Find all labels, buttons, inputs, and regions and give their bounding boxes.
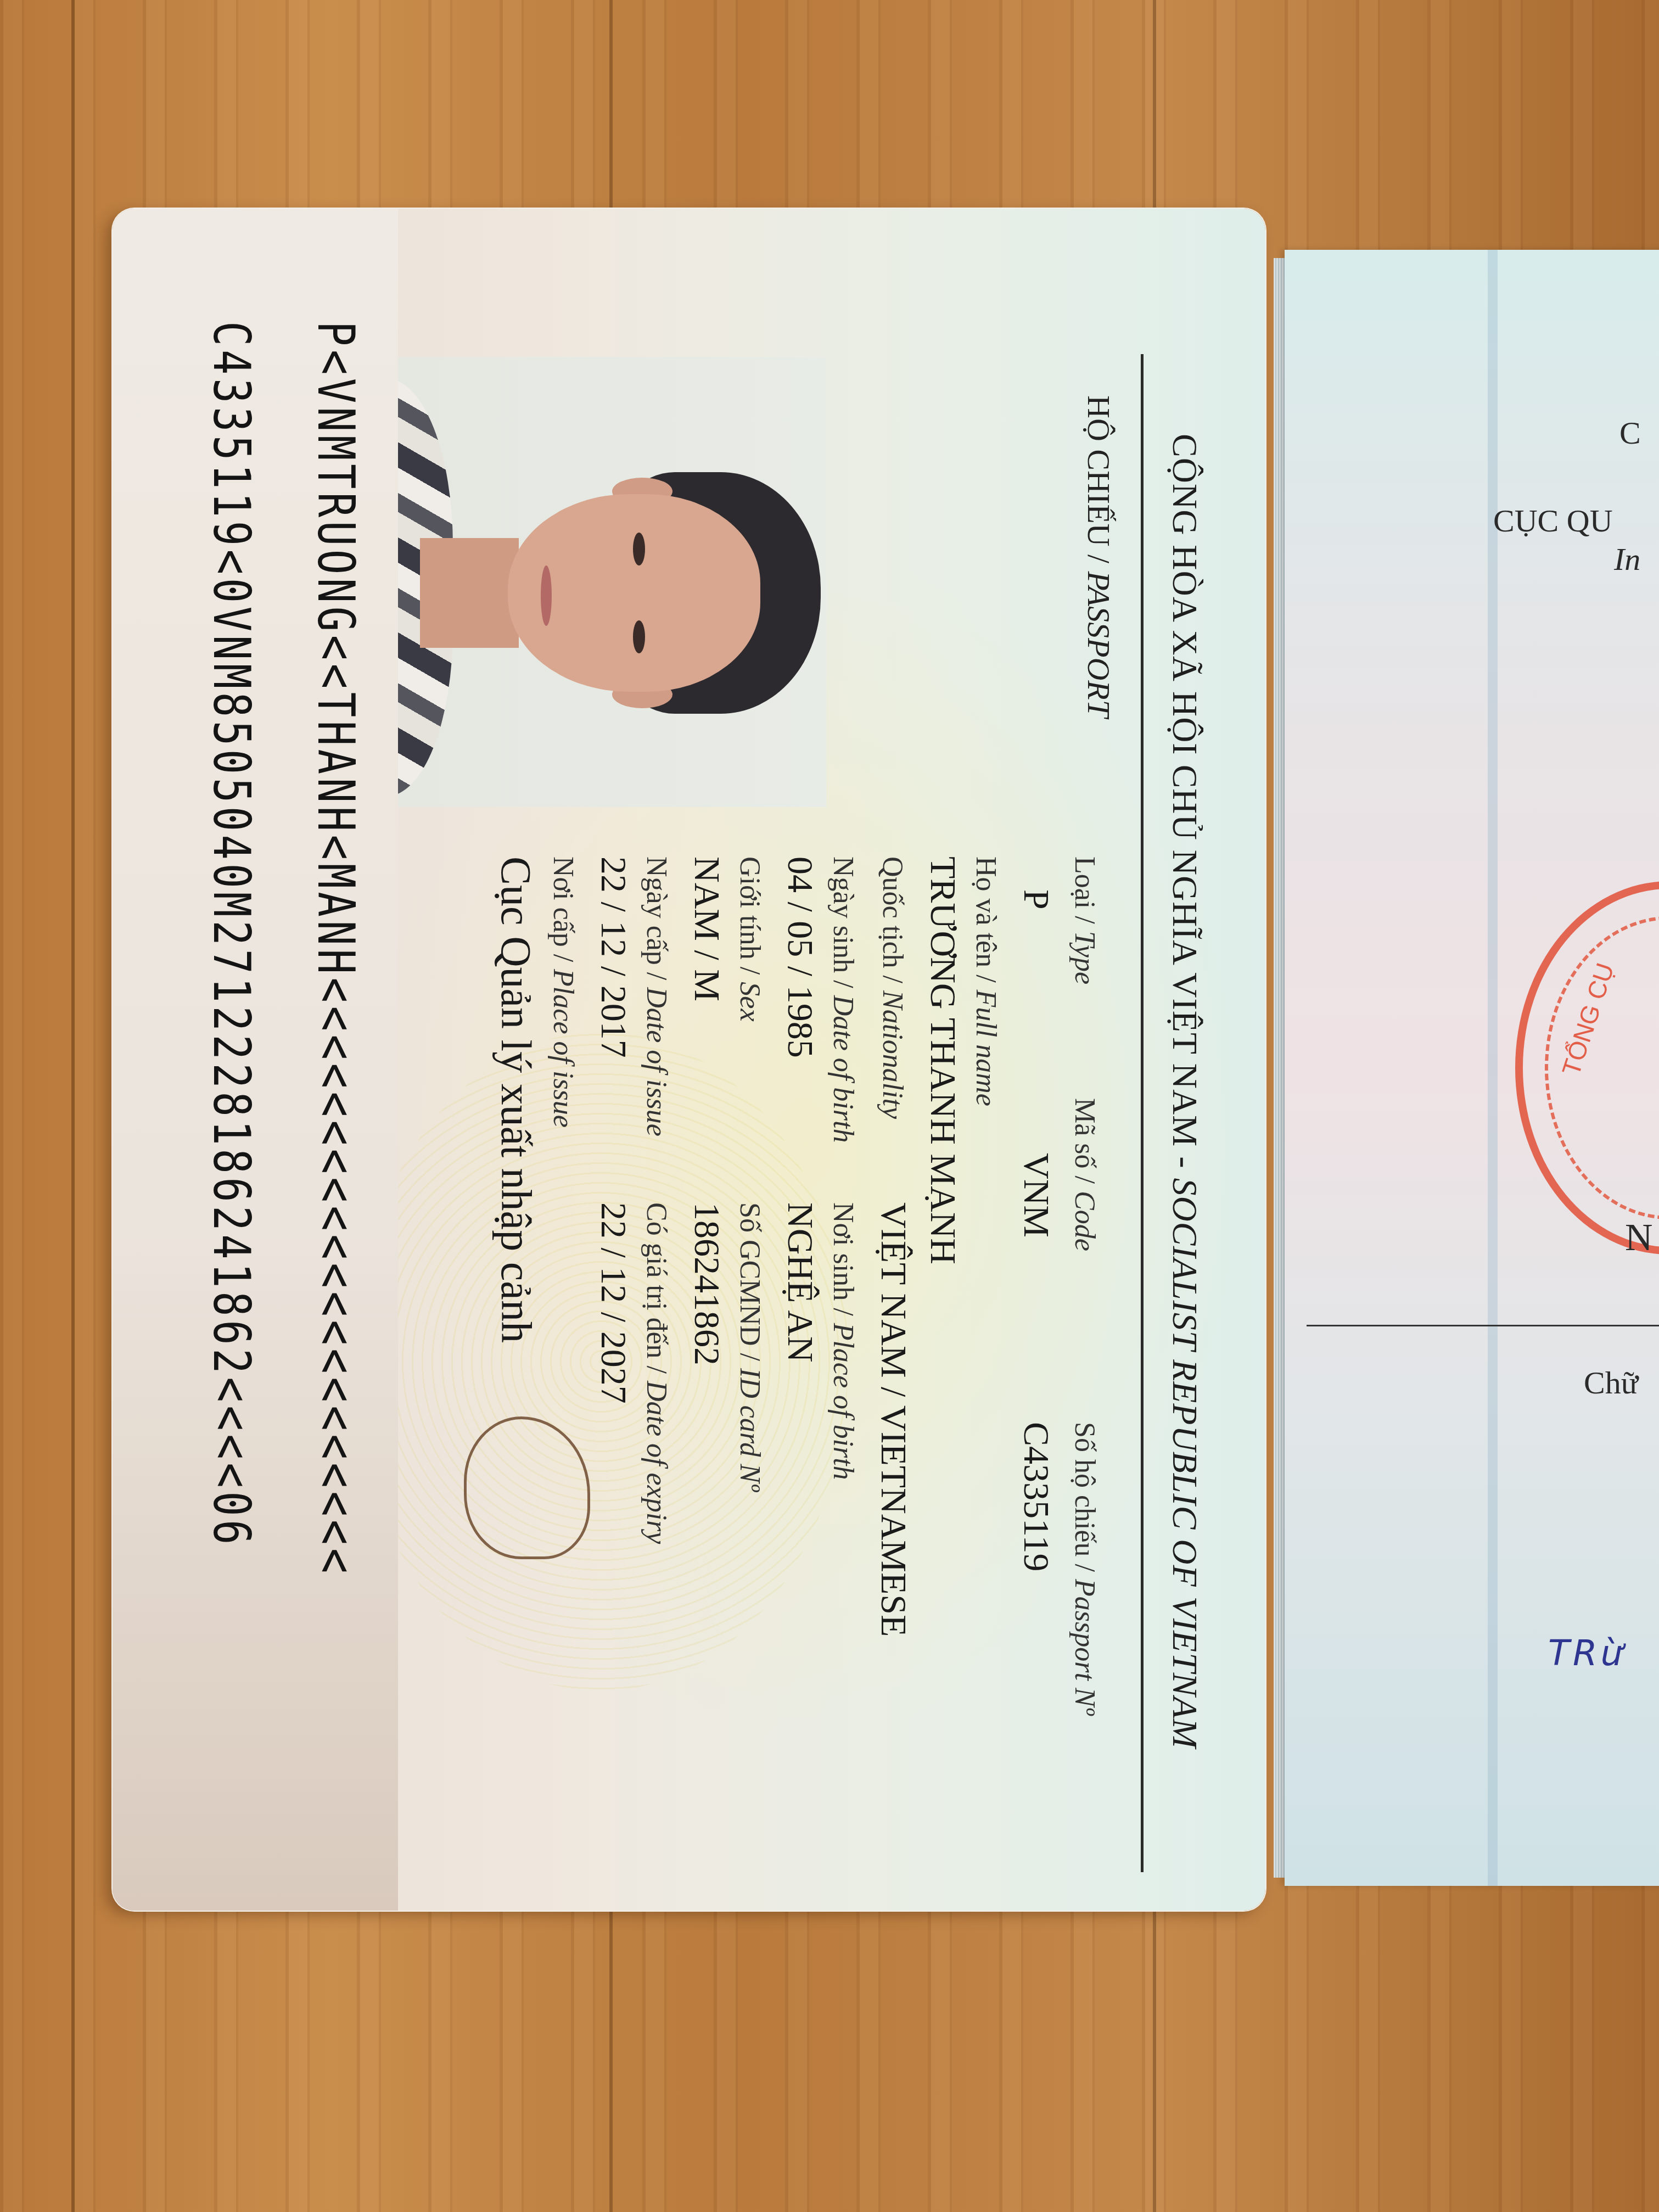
date-of-issue-label: Ngày cấp / Date of issue: [640, 856, 672, 1136]
right-page-header: C: [1619, 415, 1641, 451]
date-of-issue-value: 22 / 12 / 2017: [592, 856, 634, 1058]
dob-label: Ngày sinh / Date of birth: [827, 856, 859, 1143]
header-divider: [1141, 354, 1144, 1872]
place-of-issue-value: Cục Quản lý xuất nhập cảnh: [491, 856, 541, 1343]
country-header: CỘNG HÒA XÃ HỘI CHỦ NGHĨA VIỆT NAM - SOC…: [1164, 434, 1205, 1749]
type-label: Loại / Type: [1068, 856, 1101, 984]
signature-divider: [1307, 1325, 1659, 1326]
wood-grain: [71, 0, 75, 2212]
sex-value: NAM / M: [686, 856, 727, 1001]
id-card-value: 186241862: [686, 1202, 727, 1365]
sex-label: Giới tính / Sex: [733, 856, 766, 1021]
type-value: P: [1015, 889, 1057, 910]
official-stamp: TỔNG CỤ: [1515, 881, 1659, 1255]
passport-no-value: C4335119: [1015, 1422, 1057, 1572]
right-page-authority-en: In: [1614, 541, 1640, 578]
id-card-label: Số GCMND / ID card Nº: [733, 1202, 766, 1492]
signature-label: Chữ: [1584, 1364, 1638, 1401]
nationality-value: VIỆT NAM / VIETNAMESE: [872, 1202, 914, 1637]
document-title: HỘ CHIẾU / PASSPORT: [1080, 395, 1117, 718]
nationality-label: Quốc tịch / Nationality: [876, 856, 909, 1119]
passport-no-label: Số hộ chiếu / Passport Nº: [1068, 1422, 1101, 1716]
date-of-expiry-value: 22 / 12 / 2027: [592, 1202, 634, 1404]
code-label: Mã số / Code: [1068, 1098, 1101, 1251]
page-fold: [1488, 250, 1498, 1886]
observations-page: C CỤC QU In TỔNG CỤ N Chữ TRừ: [1285, 250, 1659, 1886]
place-of-birth-label: Nơi sinh / Place of birth: [827, 1202, 859, 1480]
stamp-signer-initial: N: [1625, 1216, 1653, 1260]
mrz-line-2: C4335119<0VNM8505040M2712228186241862<<<…: [202, 321, 261, 1548]
full-name-label: Họ và tên / Full name: [969, 856, 1002, 1106]
place-of-issue-label: Nơi cấp / Place of issue: [547, 856, 579, 1128]
passport-data-page: CỘNG HÒA XÃ HỘI CHỦ NGHĨA VIỆT NAM - SOC…: [113, 209, 1265, 1911]
mrz-line-1: P<VNMTRUONG<<THANH<MANH<<<<<<<<<<<<<<<<<…: [306, 321, 365, 1577]
passport-data-page-wrapper: CỘNG HÒA XÃ HỘI CHỦ NGHĨA VIỆT NAM - SOC…: [113, 209, 1265, 1911]
place-of-birth-value: NGHỆ AN: [779, 1202, 821, 1363]
dob-value: 04 / 05 / 1985: [779, 856, 821, 1058]
holder-signature: TRừ: [1548, 1633, 1626, 1674]
full-name-value: TRƯƠNG THANH MẠNH: [922, 856, 963, 1264]
right-page-authority: CỤC QU: [1493, 502, 1613, 539]
code-value: VNM: [1015, 1153, 1057, 1237]
date-of-expiry-label: Có giá trị đến / Date of expiry: [640, 1202, 672, 1544]
passport-spine: [1274, 258, 1286, 1878]
